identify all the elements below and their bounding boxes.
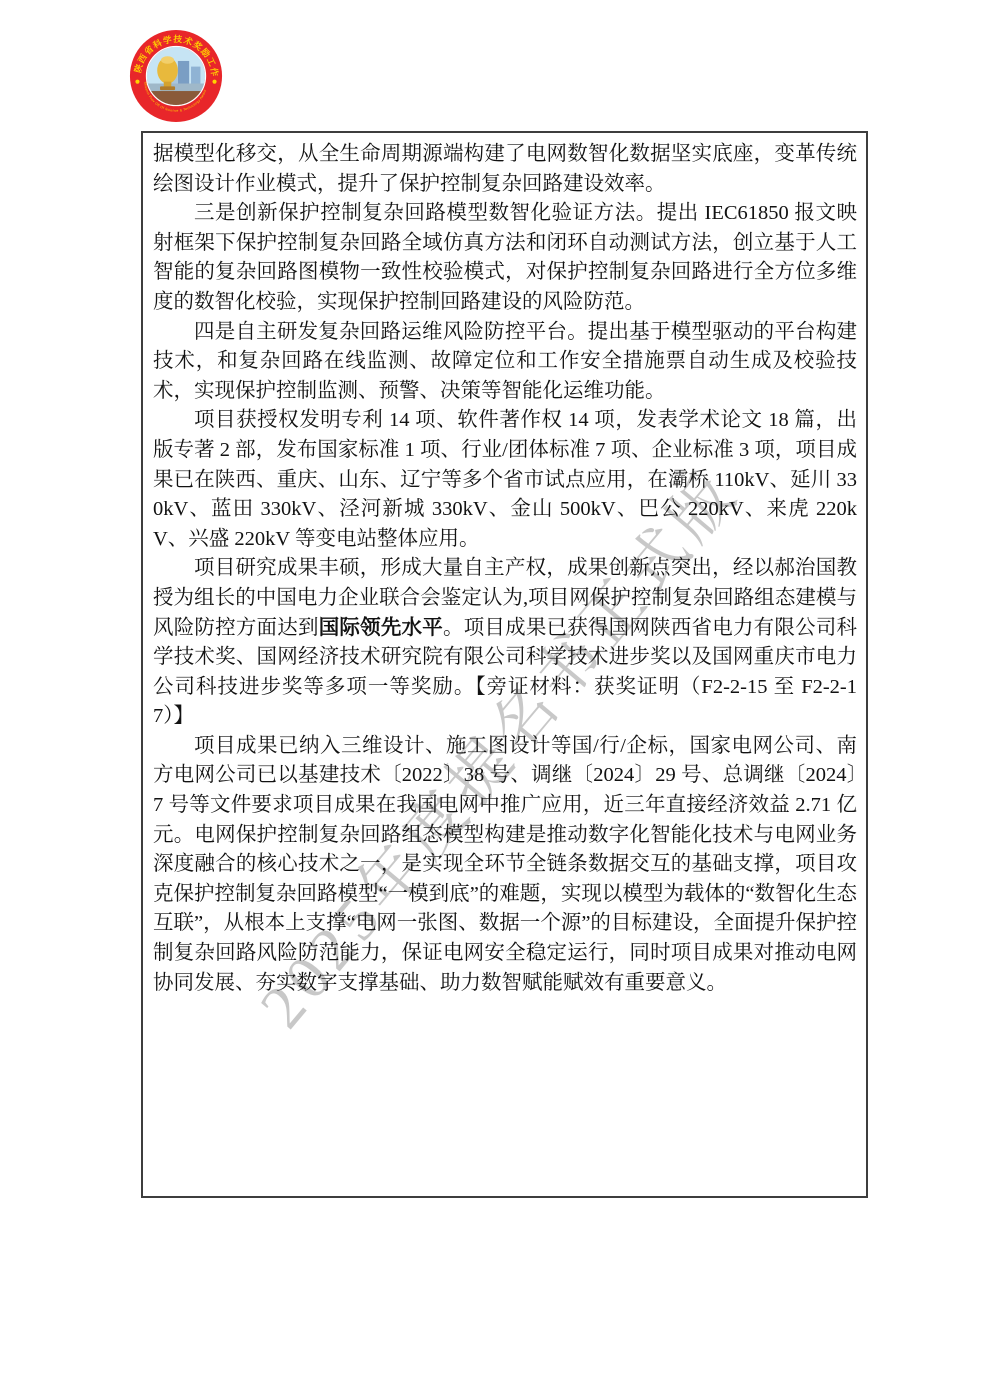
bold-text-run: 国际领先水平 [319, 617, 443, 639]
document-text-box: 据模型化移交，从全生命周期源端构建了电网数智化数据坚实底座，变革传统绘图设计作业… [141, 131, 868, 1198]
document-page: 陕西省科学技术奖励工作办公室 Shaanxi Prov Off Of Scien… [0, 0, 990, 1399]
text-run: 项目获授权发明专利 14 项、软件著作权 14 项，发表学术论文 18 篇，出版… [153, 409, 857, 549]
seal-star-right [212, 80, 216, 84]
text-run: 据模型化移交，从全生命周期源端构建了电网数智化数据坚实底座，变革传统绘图设计作业… [153, 143, 857, 195]
text-run: 项目成果已纳入三维设计、施工图设计等国/行/企标，国家电网公司、南方电网公司已以… [153, 735, 857, 994]
paragraph: 项目成果已纳入三维设计、施工图设计等国/行/企标，国家电网公司、南方电网公司已以… [153, 732, 857, 998]
seal-logo-graphic: 陕西省科学技术奖励工作办公室 Shaanxi Prov Off Of Scien… [129, 29, 223, 123]
text-run: 三是创新保护控制复杂回路模型数智化验证方法。提出 IEC61850 报文映射框架… [153, 202, 857, 313]
seal-center-photo [147, 47, 205, 105]
text-run: 四是自主研发复杂回路运维风险防控平台。提出基于模型驱动的平台构建技术，和复杂回路… [153, 321, 857, 402]
paragraph: 据模型化移交，从全生命周期源端构建了电网数智化数据坚实底座，变革传统绘图设计作业… [153, 140, 857, 199]
seal-star-left [135, 80, 139, 84]
paragraph: 项目研究成果丰硕，形成大量自主产权，成果创新点突出，经以郝治国教授为组长的中国电… [153, 554, 857, 732]
paragraph: 四是自主研发复杂回路运维风险防控平台。提出基于模型驱动的平台构建技术，和复杂回路… [153, 318, 857, 407]
paragraph: 项目获授权发明专利 14 项、软件著作权 14 项，发表学术论文 18 篇，出版… [153, 406, 857, 554]
paragraph: 三是创新保护控制复杂回路模型数智化验证方法。提出 IEC61850 报文映射框架… [153, 199, 857, 317]
award-office-seal-logo: 陕西省科学技术奖励工作办公室 Shaanxi Prov Off Of Scien… [129, 29, 223, 123]
